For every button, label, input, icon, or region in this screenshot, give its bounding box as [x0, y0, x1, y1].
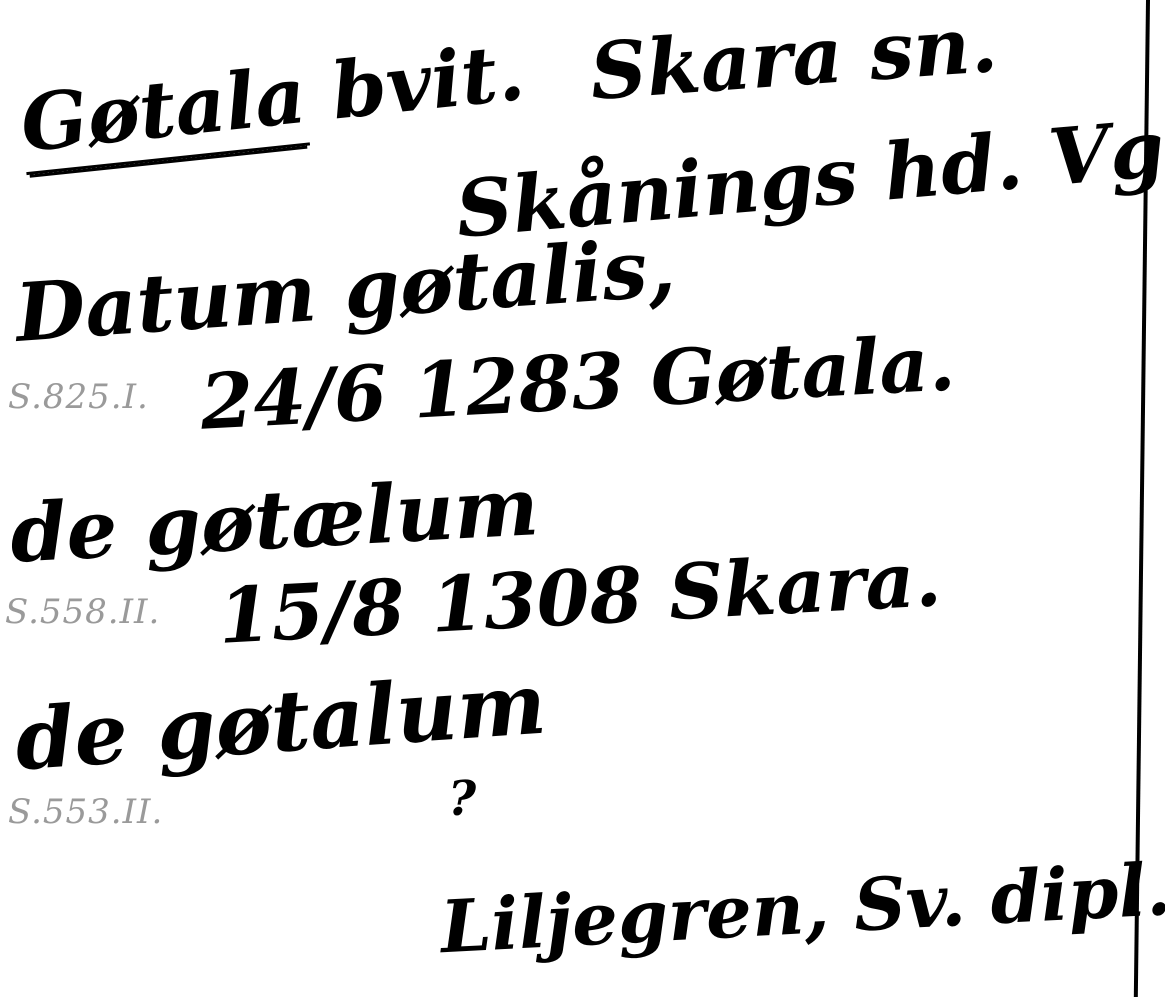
entry-1-place: Gøtala. [648, 318, 957, 423]
place-name: Gøtala [17, 50, 311, 175]
heading-parish: Skara sn. [588, 6, 1000, 112]
entry-2-form: de gøtælum [8, 466, 540, 574]
entry-2-reference: S.558.II. [5, 595, 160, 629]
entry-3-form: de gøtalum [13, 662, 549, 783]
source-citation: Liljegren, Sv. dipl. I o. II. [439, 839, 1165, 963]
place-type: bvit. [327, 27, 528, 138]
datum-label: Datum gøtalis, [13, 227, 678, 353]
heading-place: Gøtala bvit. [17, 34, 528, 164]
entry-2-place: Skara. [666, 534, 943, 637]
entry-1-date-place: 24/6 1283 Gøtala. [199, 325, 957, 440]
entry-3-reference: S.553.II. [8, 795, 163, 829]
entry-1-date: 24/6 1283 [198, 336, 626, 447]
entry-1-reference: S.825.I. [8, 380, 149, 414]
archive-card: Gøtala bvit. Skara sn. Skånings hd. Vg. … [0, 0, 1165, 997]
entry-3-uncertain-mark: ? [448, 775, 476, 823]
